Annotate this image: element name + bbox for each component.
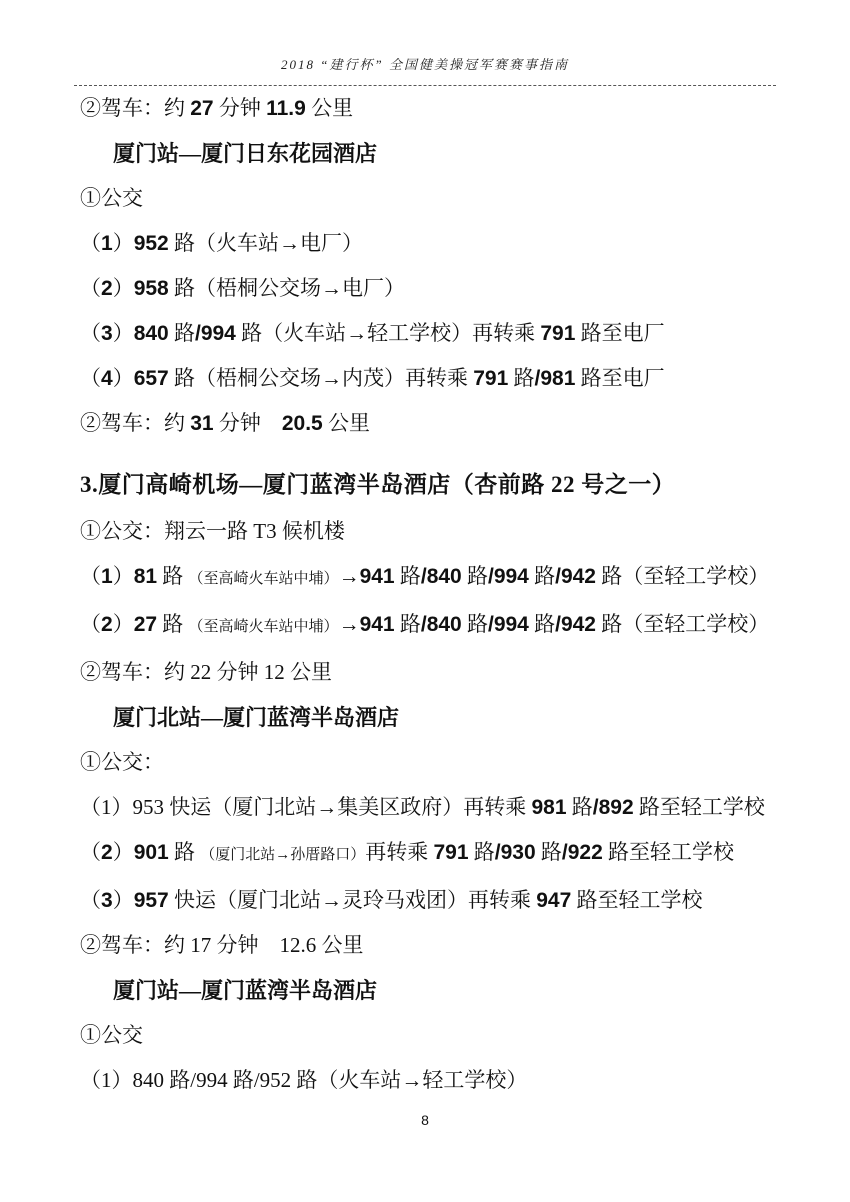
text-segment: ②驾车：约 22 分钟 12 公里 bbox=[80, 660, 332, 684]
route-number: /942 bbox=[555, 565, 596, 588]
page-header: 2018 “建行杯” 全国健美操冠军赛赛事指南 bbox=[74, 0, 776, 86]
text-segment: ②驾车：约 17 分钟 12.6 公里 bbox=[80, 933, 364, 957]
text-segment: ①公交：翔云一路 T3 候机楼 bbox=[80, 519, 345, 543]
route-number: 941 bbox=[360, 565, 395, 588]
text-segment: 公里 bbox=[306, 96, 353, 120]
text-segment: 路 bbox=[395, 564, 421, 588]
line-label: ①公交 bbox=[80, 185, 795, 212]
text-segment: ） bbox=[113, 321, 134, 345]
route-number: 2 bbox=[101, 613, 113, 636]
document-page: 2018 “建行杯” 全国健美操冠军赛赛事指南 ②驾车：约 27 分钟 11.9… bbox=[0, 0, 850, 1202]
text-segment: 路 bbox=[395, 612, 421, 636]
text-segment: 路（至轻工学校） bbox=[596, 612, 769, 636]
text-segment: （ bbox=[80, 231, 101, 255]
route-number: 1 bbox=[101, 565, 113, 588]
text-segment: 路 bbox=[169, 840, 201, 864]
route-number: 3 bbox=[101, 889, 113, 912]
text-segment: （ bbox=[80, 840, 101, 864]
text-segment: ②驾车：约 bbox=[80, 96, 190, 120]
text-segment: → bbox=[339, 564, 360, 588]
text-segment: （ bbox=[80, 321, 101, 345]
text-segment: （ bbox=[80, 276, 101, 300]
text-segment: 路 bbox=[157, 564, 189, 588]
line-label: ①公交： bbox=[80, 749, 795, 776]
route-number: 1 bbox=[101, 232, 113, 255]
text-segment: 路至轻工学校 bbox=[603, 840, 734, 864]
line-drive: ②驾车：约 17 分钟 12.6 公里 bbox=[80, 932, 795, 959]
route-number: 952 bbox=[134, 232, 169, 255]
line-label: ①公交 bbox=[80, 1022, 795, 1049]
route-number: 2 bbox=[101, 277, 113, 300]
text-segment: ） bbox=[113, 564, 134, 588]
text-segment: 路（梧桐公交场→内茂）再转乘 bbox=[169, 366, 474, 390]
text-segment: 分钟 bbox=[214, 411, 282, 435]
text-segment: （至高崎火车站中埔） bbox=[189, 619, 339, 635]
text-segment: 路 bbox=[169, 321, 195, 345]
text-segment: ） bbox=[113, 366, 134, 390]
text-segment: 公里 bbox=[323, 411, 370, 435]
route-number: 791 bbox=[434, 841, 469, 864]
text-segment: ） bbox=[113, 888, 134, 912]
text-segment: （ bbox=[80, 366, 101, 390]
line-heading: 厦门站—厦门蓝湾半岛酒店 bbox=[80, 977, 795, 1004]
route-number: /981 bbox=[535, 367, 576, 390]
text-segment: 路 bbox=[567, 795, 593, 819]
text-segment: （1）953 快运（厦门北站→集美区政府）再转乘 bbox=[80, 795, 532, 819]
line-item: （4）657 路（梧桐公交场→内茂）再转乘 791 路/981 路至电厂 bbox=[80, 365, 795, 392]
text-segment: 路 bbox=[469, 840, 495, 864]
line-heading: 厦门北站—厦门蓝湾半岛酒店 bbox=[80, 704, 795, 731]
text-segment: 路 bbox=[462, 612, 488, 636]
text-segment: 路（火车站→轻工学校）再转乘 bbox=[236, 321, 541, 345]
text-segment: 路（火车站→电厂） bbox=[169, 231, 363, 255]
route-number: /892 bbox=[593, 796, 634, 819]
text-segment: （ bbox=[80, 564, 101, 588]
route-number: 840 bbox=[134, 322, 169, 345]
text-segment: 路（梧桐公交场→电厂） bbox=[169, 276, 405, 300]
text-segment: → bbox=[339, 612, 360, 636]
text-segment: 快运（厦门北站→灵玲马戏团）再转乘 bbox=[169, 888, 537, 912]
line-drive: ②驾车：约 22 分钟 12 公里 bbox=[80, 659, 795, 686]
route-number: 27 bbox=[190, 97, 213, 120]
line-item: （3）957 快运（厦门北站→灵玲马戏团）再转乘 947 路至轻工学校 bbox=[80, 887, 795, 914]
text-segment: 分钟 bbox=[214, 96, 267, 120]
route-number: /930 bbox=[495, 841, 536, 864]
route-number: 657 bbox=[134, 367, 169, 390]
line-label: ①公交：翔云一路 T3 候机楼 bbox=[80, 518, 795, 545]
text-segment: ①公交 bbox=[80, 186, 143, 210]
line-item: （1）952 路（火车站→电厂） bbox=[80, 230, 795, 257]
document-body: ②驾车：约 27 分钟 11.9 公里厦门站—厦门日东花园酒店①公交（1）952… bbox=[0, 86, 850, 1094]
text-segment: 3.厦门高崎机场—厦门蓝湾半岛酒店（杏前路 22 号之一） bbox=[80, 472, 675, 497]
route-number: 901 bbox=[134, 841, 169, 864]
route-number: /994 bbox=[488, 565, 529, 588]
text-segment: （1）840 路/994 路/952 路（火车站→轻工学校） bbox=[80, 1068, 527, 1092]
route-number: 957 bbox=[134, 889, 169, 912]
text-segment: （ bbox=[80, 888, 101, 912]
route-number: 981 bbox=[532, 796, 567, 819]
text-segment: 路 bbox=[157, 612, 189, 636]
text-segment: 厦门站—厦门日东花园酒店 bbox=[113, 141, 377, 166]
route-number: 4 bbox=[101, 367, 113, 390]
route-number: 2 bbox=[101, 841, 113, 864]
text-segment: 路 bbox=[529, 612, 555, 636]
route-number: /922 bbox=[562, 841, 603, 864]
route-number: /840 bbox=[421, 565, 462, 588]
text-segment: 厦门北站—厦门蓝湾半岛酒店 bbox=[113, 705, 399, 730]
text-segment: ①公交 bbox=[80, 1023, 143, 1047]
text-segment: ②驾车：约 bbox=[80, 411, 190, 435]
text-segment: ） bbox=[113, 612, 134, 636]
header-title: 2018 “建行杯” 全国健美操冠军赛赛事指南 bbox=[281, 57, 569, 72]
text-segment: 再转乘 bbox=[365, 840, 433, 864]
line-item: （1）840 路/994 路/952 路（火车站→轻工学校） bbox=[80, 1067, 795, 1094]
line-drive: ②驾车：约 27 分钟 11.9 公里 bbox=[80, 95, 795, 122]
text-segment: 路（至轻工学校） bbox=[596, 564, 769, 588]
text-segment: ①公交： bbox=[80, 750, 164, 774]
line-heading-large: 3.厦门高崎机场—厦门蓝湾半岛酒店（杏前路 22 号之一） bbox=[80, 470, 795, 500]
route-number: 947 bbox=[536, 889, 571, 912]
route-number: 27 bbox=[134, 613, 157, 636]
line-drive: ②驾车：约 31 分钟 20.5 公里 bbox=[80, 410, 795, 437]
route-number: 791 bbox=[473, 367, 508, 390]
text-segment: 路 bbox=[508, 366, 534, 390]
line-item: （2）958 路（梧桐公交场→电厂） bbox=[80, 275, 795, 302]
route-number: 81 bbox=[134, 565, 157, 588]
route-number: 958 bbox=[134, 277, 169, 300]
text-segment: （厦门北站→孙厝路口） bbox=[200, 847, 365, 863]
text-segment: 厦门站—厦门蓝湾半岛酒店 bbox=[113, 978, 377, 1003]
page-number: 8 bbox=[0, 1112, 850, 1128]
line-heading: 厦门站—厦门日东花园酒店 bbox=[80, 140, 795, 167]
route-number: 11.9 bbox=[266, 97, 306, 120]
line-item: （2）27 路 （至高崎火车站中埔）→941 路/840 路/994 路/942… bbox=[80, 611, 795, 641]
text-segment: （至高崎火车站中埔） bbox=[189, 571, 339, 587]
text-segment: 路至轻工学校 bbox=[634, 795, 765, 819]
text-segment: ） bbox=[113, 276, 134, 300]
text-segment: 路 bbox=[536, 840, 562, 864]
line-item: （1）81 路 （至高崎火车站中埔）→941 路/840 路/994 路/942… bbox=[80, 563, 795, 593]
route-number: /942 bbox=[555, 613, 596, 636]
line-item: （2）901 路 （厦门北站→孙厝路口）再转乘 791 路/930 路/922 … bbox=[80, 839, 795, 869]
line-item: （1）953 快运（厦门北站→集美区政府）再转乘 981 路/892 路至轻工学… bbox=[80, 794, 795, 821]
text-segment: 路至电厂 bbox=[575, 366, 664, 390]
text-segment: ） bbox=[113, 840, 134, 864]
text-segment: 路 bbox=[529, 564, 555, 588]
route-number: 31 bbox=[190, 412, 213, 435]
line-item: （3）840 路/994 路（火车站→轻工学校）再转乘 791 路至电厂 bbox=[80, 320, 795, 347]
route-number: /840 bbox=[421, 613, 462, 636]
text-segment: （ bbox=[80, 612, 101, 636]
route-number: /994 bbox=[488, 613, 529, 636]
route-number: /994 bbox=[195, 322, 236, 345]
text-segment: ） bbox=[113, 231, 134, 255]
route-number: 3 bbox=[101, 322, 113, 345]
route-number: 941 bbox=[360, 613, 395, 636]
route-number: 20.5 bbox=[282, 412, 323, 435]
text-segment: 路至电厂 bbox=[575, 321, 664, 345]
text-segment: 路 bbox=[462, 564, 488, 588]
text-segment: 路至轻工学校 bbox=[571, 888, 702, 912]
route-number: 791 bbox=[540, 322, 575, 345]
